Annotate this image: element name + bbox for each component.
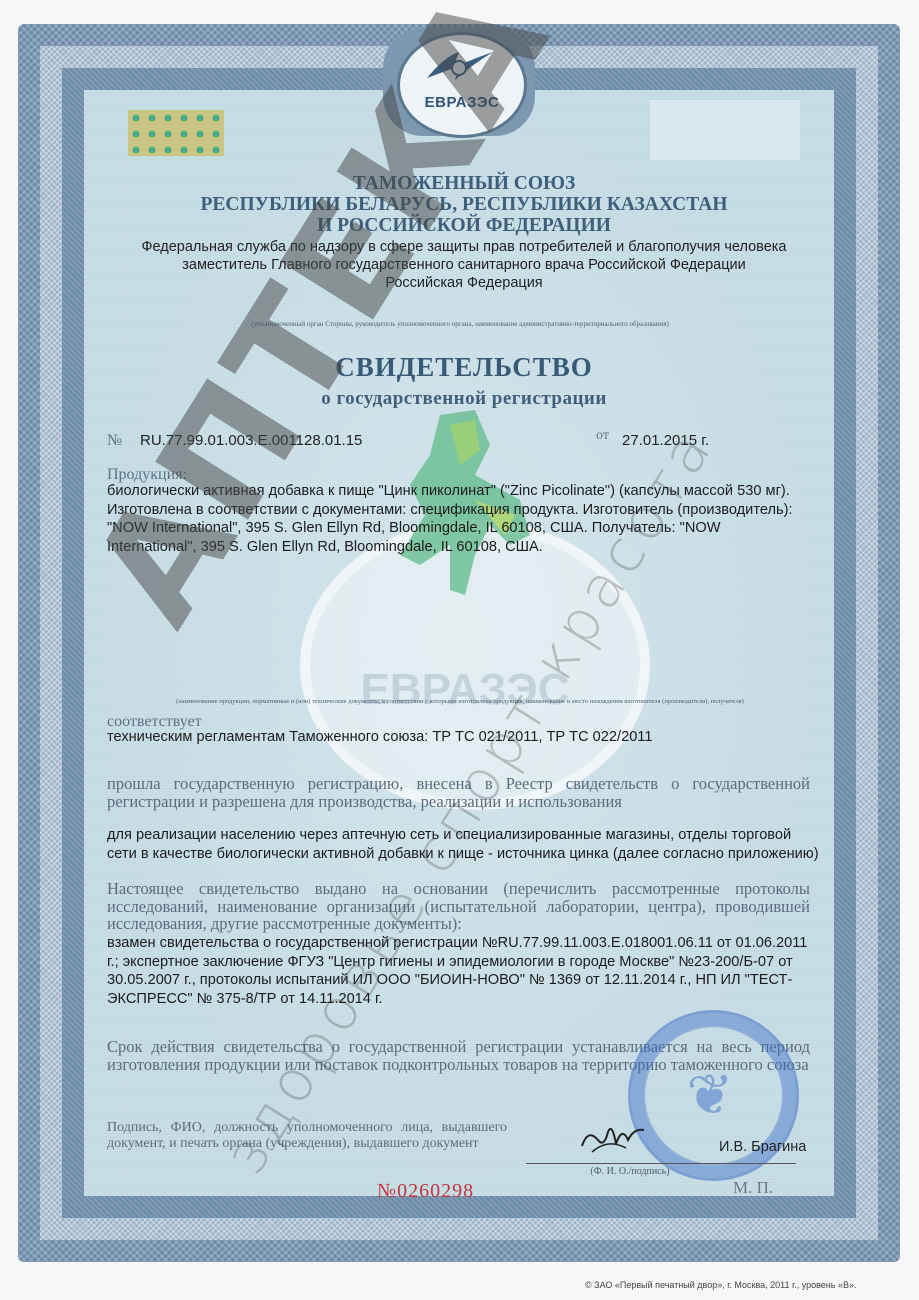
handwritten-signature-icon (578, 1118, 648, 1158)
signature-line-caption: (Ф. И. О./подпись) (560, 1166, 700, 1177)
signature-line-full (526, 1163, 796, 1164)
basis-documents: взамен свидетельства о государственной р… (107, 934, 812, 1008)
double-headed-eagle-icon: ❦ (672, 1060, 748, 1130)
product-caption: (наименование продукции, нормативные и (… (100, 698, 820, 705)
signature-caption: Подпись, ФИО, должность уполномоченного … (107, 1120, 507, 1152)
hologram-sticker (128, 110, 224, 156)
serial-number: №0260298 (377, 1180, 474, 1203)
signatory-name: И.В. Брагина (719, 1139, 806, 1155)
printer-imprint: © ЗАО «Первый печатный двор», г. Москва,… (585, 1280, 856, 1290)
authority-line3: Российская Федерация (84, 274, 844, 292)
seal-place-label: М. П. (733, 1178, 773, 1198)
security-patch (650, 100, 800, 160)
basis-statement: Настоящее свидетельство выдано на основа… (107, 880, 810, 933)
date-label: от (596, 428, 609, 444)
authority-line2: заместитель Главного государственного са… (84, 256, 844, 274)
certificate-page: ЕВРАЗЭС ЕВРАЗЭС ТАМОЖЕННЫЙ СОЮЗ РЕСПУБЛИ… (0, 0, 919, 1300)
conformity-text: техническим регламентам Таможенного союз… (107, 728, 812, 747)
number-label: № (107, 432, 122, 450)
